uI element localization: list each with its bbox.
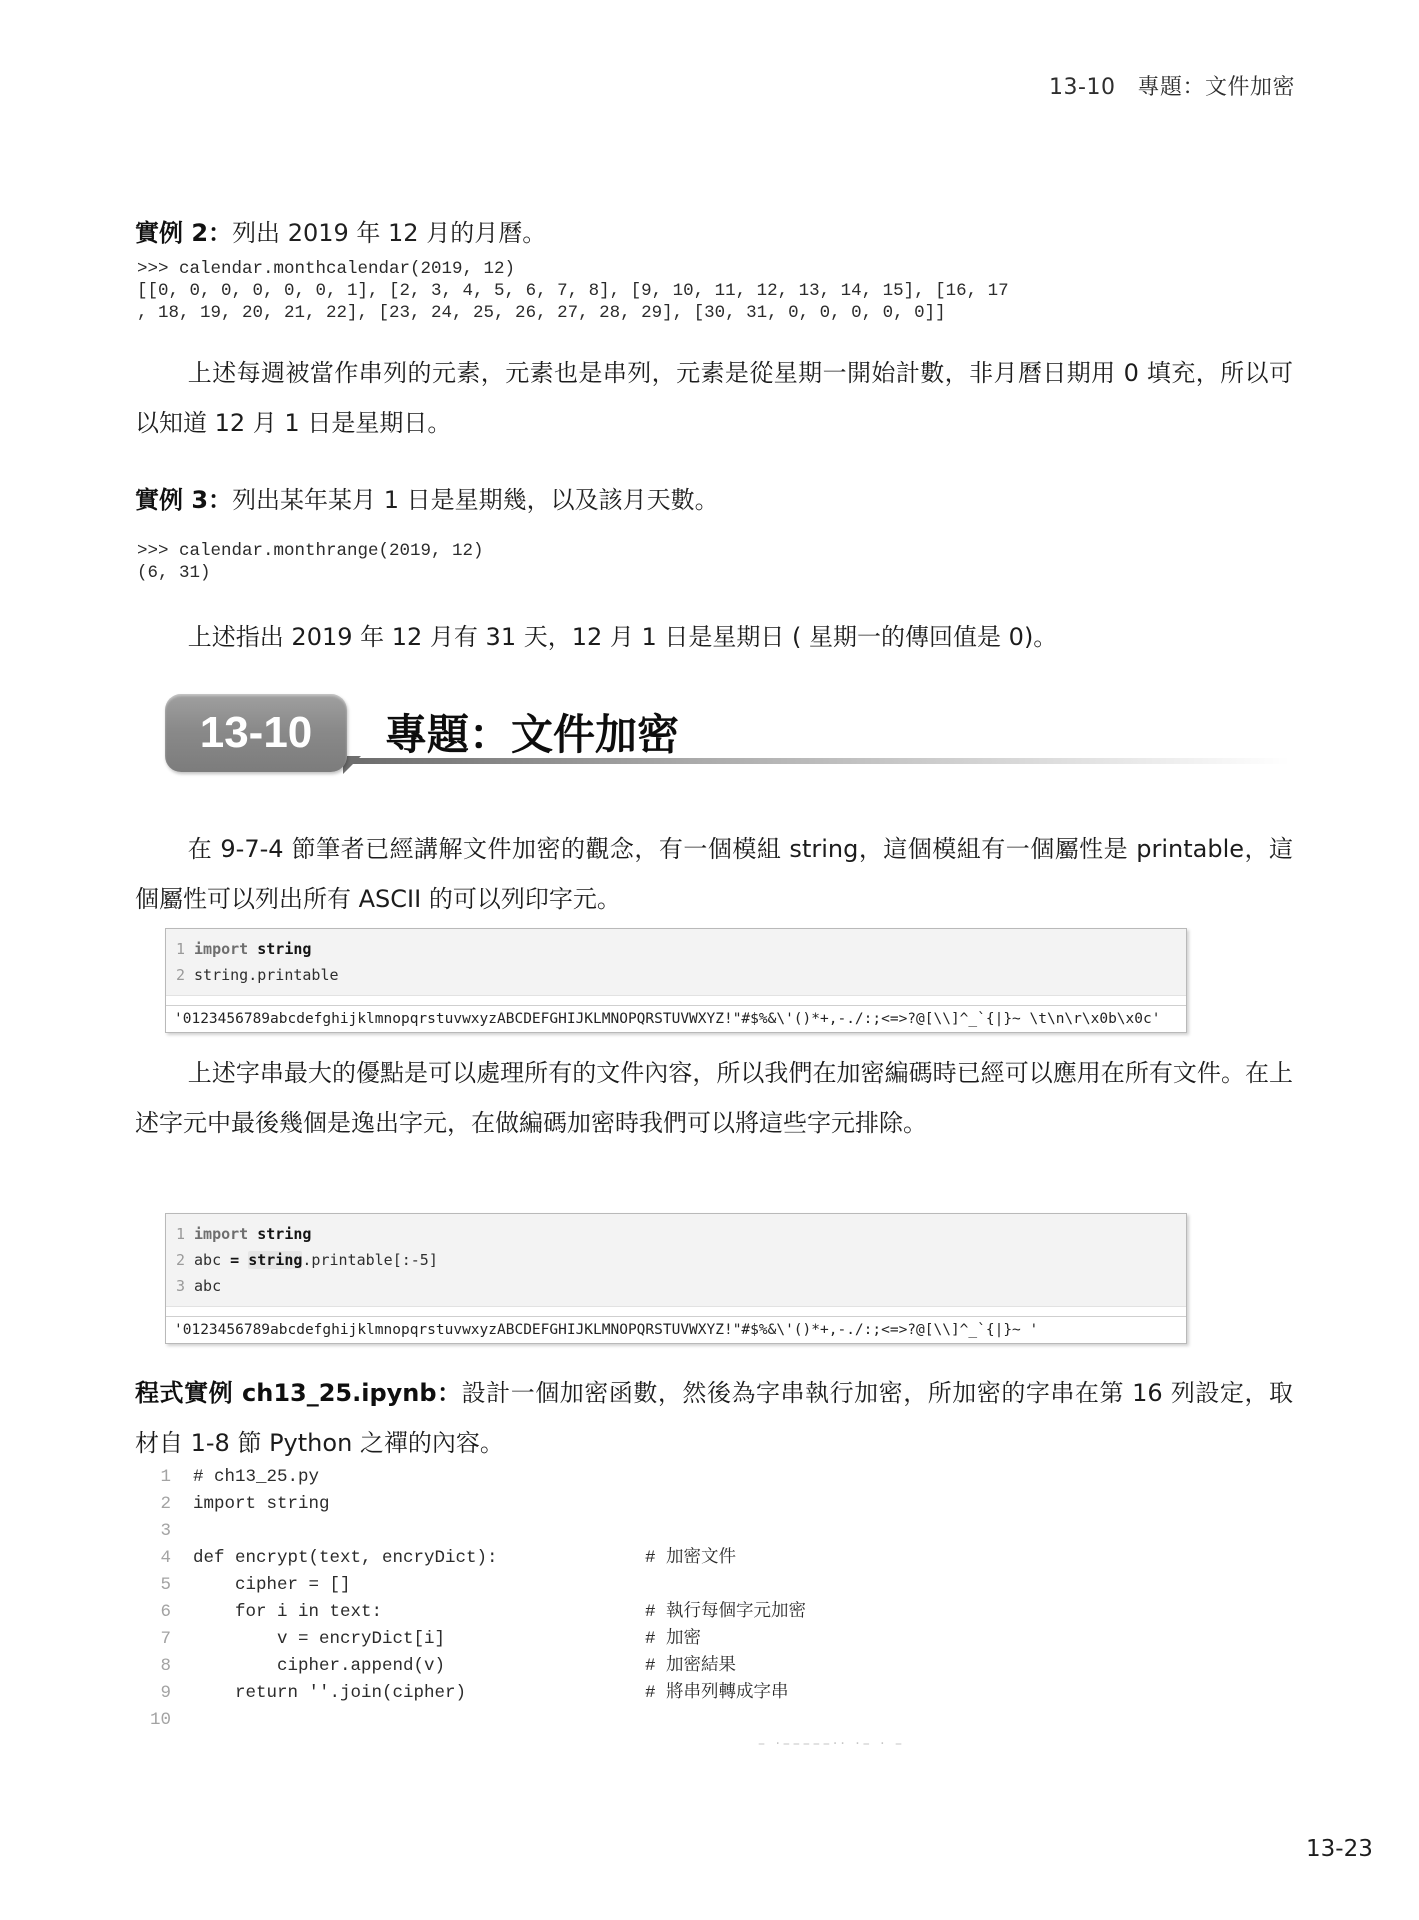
example3-heading: 實例 3：列出某年某月 1 日是星期幾，以及該月天數。 [135, 480, 719, 515]
code-line: 3abc [176, 1273, 1174, 1299]
jupyter-cell-1: 1import string2string.printable '0123456… [165, 928, 1187, 1033]
listing-code: v = encryDict[i] [193, 1626, 645, 1653]
listing-line-number: 4 [135, 1545, 171, 1572]
paragraph-printable-advantage: 上述字串最大的優點是可以處理所有的文件內容，所以我們在加密編碼時已經可以應用在所… [135, 1048, 1293, 1148]
console-line: >>> calendar.monthrange(2019, 12) [137, 540, 484, 562]
listing-code: def encrypt(text, encryDict): [193, 1545, 645, 1572]
listing-comment: # 加密 [645, 1629, 701, 1649]
code-line-number: 1 [176, 940, 185, 958]
listing-comment: # 加密結果 [645, 1656, 736, 1676]
listing-line-number: 2 [135, 1491, 171, 1518]
console-line: , 18, 19, 20, 21, 22], [23, 24, 25, 26, … [137, 302, 1009, 324]
listing-comment: # 執行每個字元加密 [645, 1602, 806, 1622]
listing-row: 8 cipher.append(v)# 加密結果 [135, 1653, 806, 1680]
jupyter-cell-2-output: '0123456789abcdefghijklmnopqrstuvwxyzABC… [166, 1316, 1186, 1343]
running-header-section-number: 13-10 [1049, 75, 1115, 100]
program-example-paragraph: 程式實例 ch13_25.ipynb：設計一個加密函數，然後為字串執行加密，所加… [135, 1368, 1293, 1468]
listing-line-number: 3 [135, 1518, 171, 1545]
listing-row: 7 v = encryDict[i]# 加密 [135, 1626, 806, 1653]
section-banner: 13-10 專題：文件加密 [135, 692, 1290, 782]
section-title: 專題：文件加密 [385, 702, 679, 762]
paragraph-monthcalendar-note: 上述每週被當作串列的元素，元素也是串列，元素是從星期一開始計數，非月曆日期用 0… [135, 348, 1293, 448]
listing-row: 10 [135, 1707, 806, 1734]
code-line-number: 1 [176, 1225, 185, 1243]
listing-comment: # 將串列轉成字串 [645, 1683, 789, 1703]
listing-code: cipher.append(v) [193, 1653, 645, 1680]
jupyter-cell-2: 1import string2abc = string.printable[:-… [165, 1213, 1187, 1344]
console-line: (6, 31) [137, 562, 484, 584]
running-header: 13-10專題：文件加密 [1049, 70, 1295, 101]
book-page: 13-10專題：文件加密 實例 2：列出 2019 年 12 月的月曆。 >>>… [0, 0, 1419, 1920]
example3-label: 實例 3： [135, 486, 232, 514]
jupyter-cell-2-code: 1import string2abc = string.printable[:-… [166, 1214, 1186, 1307]
listing-row: 6 for i in text:# 執行每個字元加密 [135, 1599, 806, 1626]
listing-row: 3 [135, 1518, 806, 1545]
console-block-monthcalendar: >>> calendar.monthcalendar(2019, 12)[[0,… [137, 258, 1009, 324]
listing-line-number: 1 [135, 1464, 171, 1491]
program-listing: 1# ch13_25.py2import string34def encrypt… [135, 1464, 806, 1734]
program-example-label: 程式實例 ch13_25.ipynb： [135, 1379, 462, 1407]
code-line: 2string.printable [176, 962, 1174, 988]
section-number-badge: 13-10 [165, 694, 347, 772]
jupyter-cell-1-output: '0123456789abcdefghijklmnopqrstuvwxyzABC… [166, 1005, 1186, 1032]
listing-line-number: 5 [135, 1572, 171, 1599]
listing-row: 1# ch13_25.py [135, 1464, 806, 1491]
jupyter-cell-2-spacer [166, 1307, 1186, 1316]
listing-code: import string [193, 1491, 645, 1518]
listing-code: cipher = [] [193, 1572, 645, 1599]
console-block-monthrange: >>> calendar.monthrange(2019, 12)(6, 31) [137, 540, 484, 584]
listing-code: return ''.join(cipher) [193, 1680, 645, 1707]
listing-line-number: 10 [135, 1707, 171, 1734]
listing-line-number: 7 [135, 1626, 171, 1653]
example2-label: 實例 2： [135, 219, 232, 247]
listing-row: 9 return ''.join(cipher)# 將串列轉成字串 [135, 1680, 806, 1707]
page-number: 13-23 [1306, 1836, 1373, 1862]
listing-row: 2import string [135, 1491, 806, 1518]
code-line-number: 2 [176, 966, 185, 984]
code-line: 1import string [176, 936, 1174, 962]
listing-code: # ch13_25.py [193, 1464, 645, 1491]
listing-row: 5 cipher = [] [135, 1572, 806, 1599]
console-line: >>> calendar.monthcalendar(2019, 12) [137, 258, 1009, 280]
example3-title: 列出某年某月 1 日是星期幾，以及該月天數。 [232, 486, 719, 514]
paragraph-printable-intro: 在 9-7-4 節筆者已經講解文件加密的觀念，有一個模組 string，這個模組… [135, 824, 1293, 924]
listing-code: for i in text: [193, 1599, 645, 1626]
listing-row: 4def encrypt(text, encryDict):# 加密文件 [135, 1545, 806, 1572]
listing-line-number: 6 [135, 1599, 171, 1626]
code-line-number: 3 [176, 1277, 185, 1295]
example2-heading: 實例 2：列出 2019 年 12 月的月曆。 [135, 213, 546, 248]
listing-comment: # 加密文件 [645, 1548, 736, 1568]
example2-title: 列出 2019 年 12 月的月曆。 [232, 219, 546, 247]
paragraph-monthrange-note: 上述指出 2019 年 12 月有 31 天，12 月 1 日是星期日 ( 星期… [135, 612, 1293, 662]
code-line: 1import string [176, 1221, 1174, 1247]
code-line-number: 2 [176, 1251, 185, 1269]
listing-line-number: 9 [135, 1680, 171, 1707]
running-header-title: 專題：文件加密 [1137, 75, 1295, 100]
jupyter-cell-1-code: 1import string2string.printable [166, 929, 1186, 996]
code-line: 2abc = string.printable[:-5] [176, 1247, 1174, 1273]
jupyter-cell-1-spacer [166, 996, 1186, 1005]
console-line: [[0, 0, 0, 0, 0, 0, 1], [2, 3, 4, 5, 6, … [137, 280, 1009, 302]
cutoff-text-fragment: – ·–––––·· ·– · – [758, 1736, 905, 1752]
listing-line-number: 8 [135, 1653, 171, 1680]
